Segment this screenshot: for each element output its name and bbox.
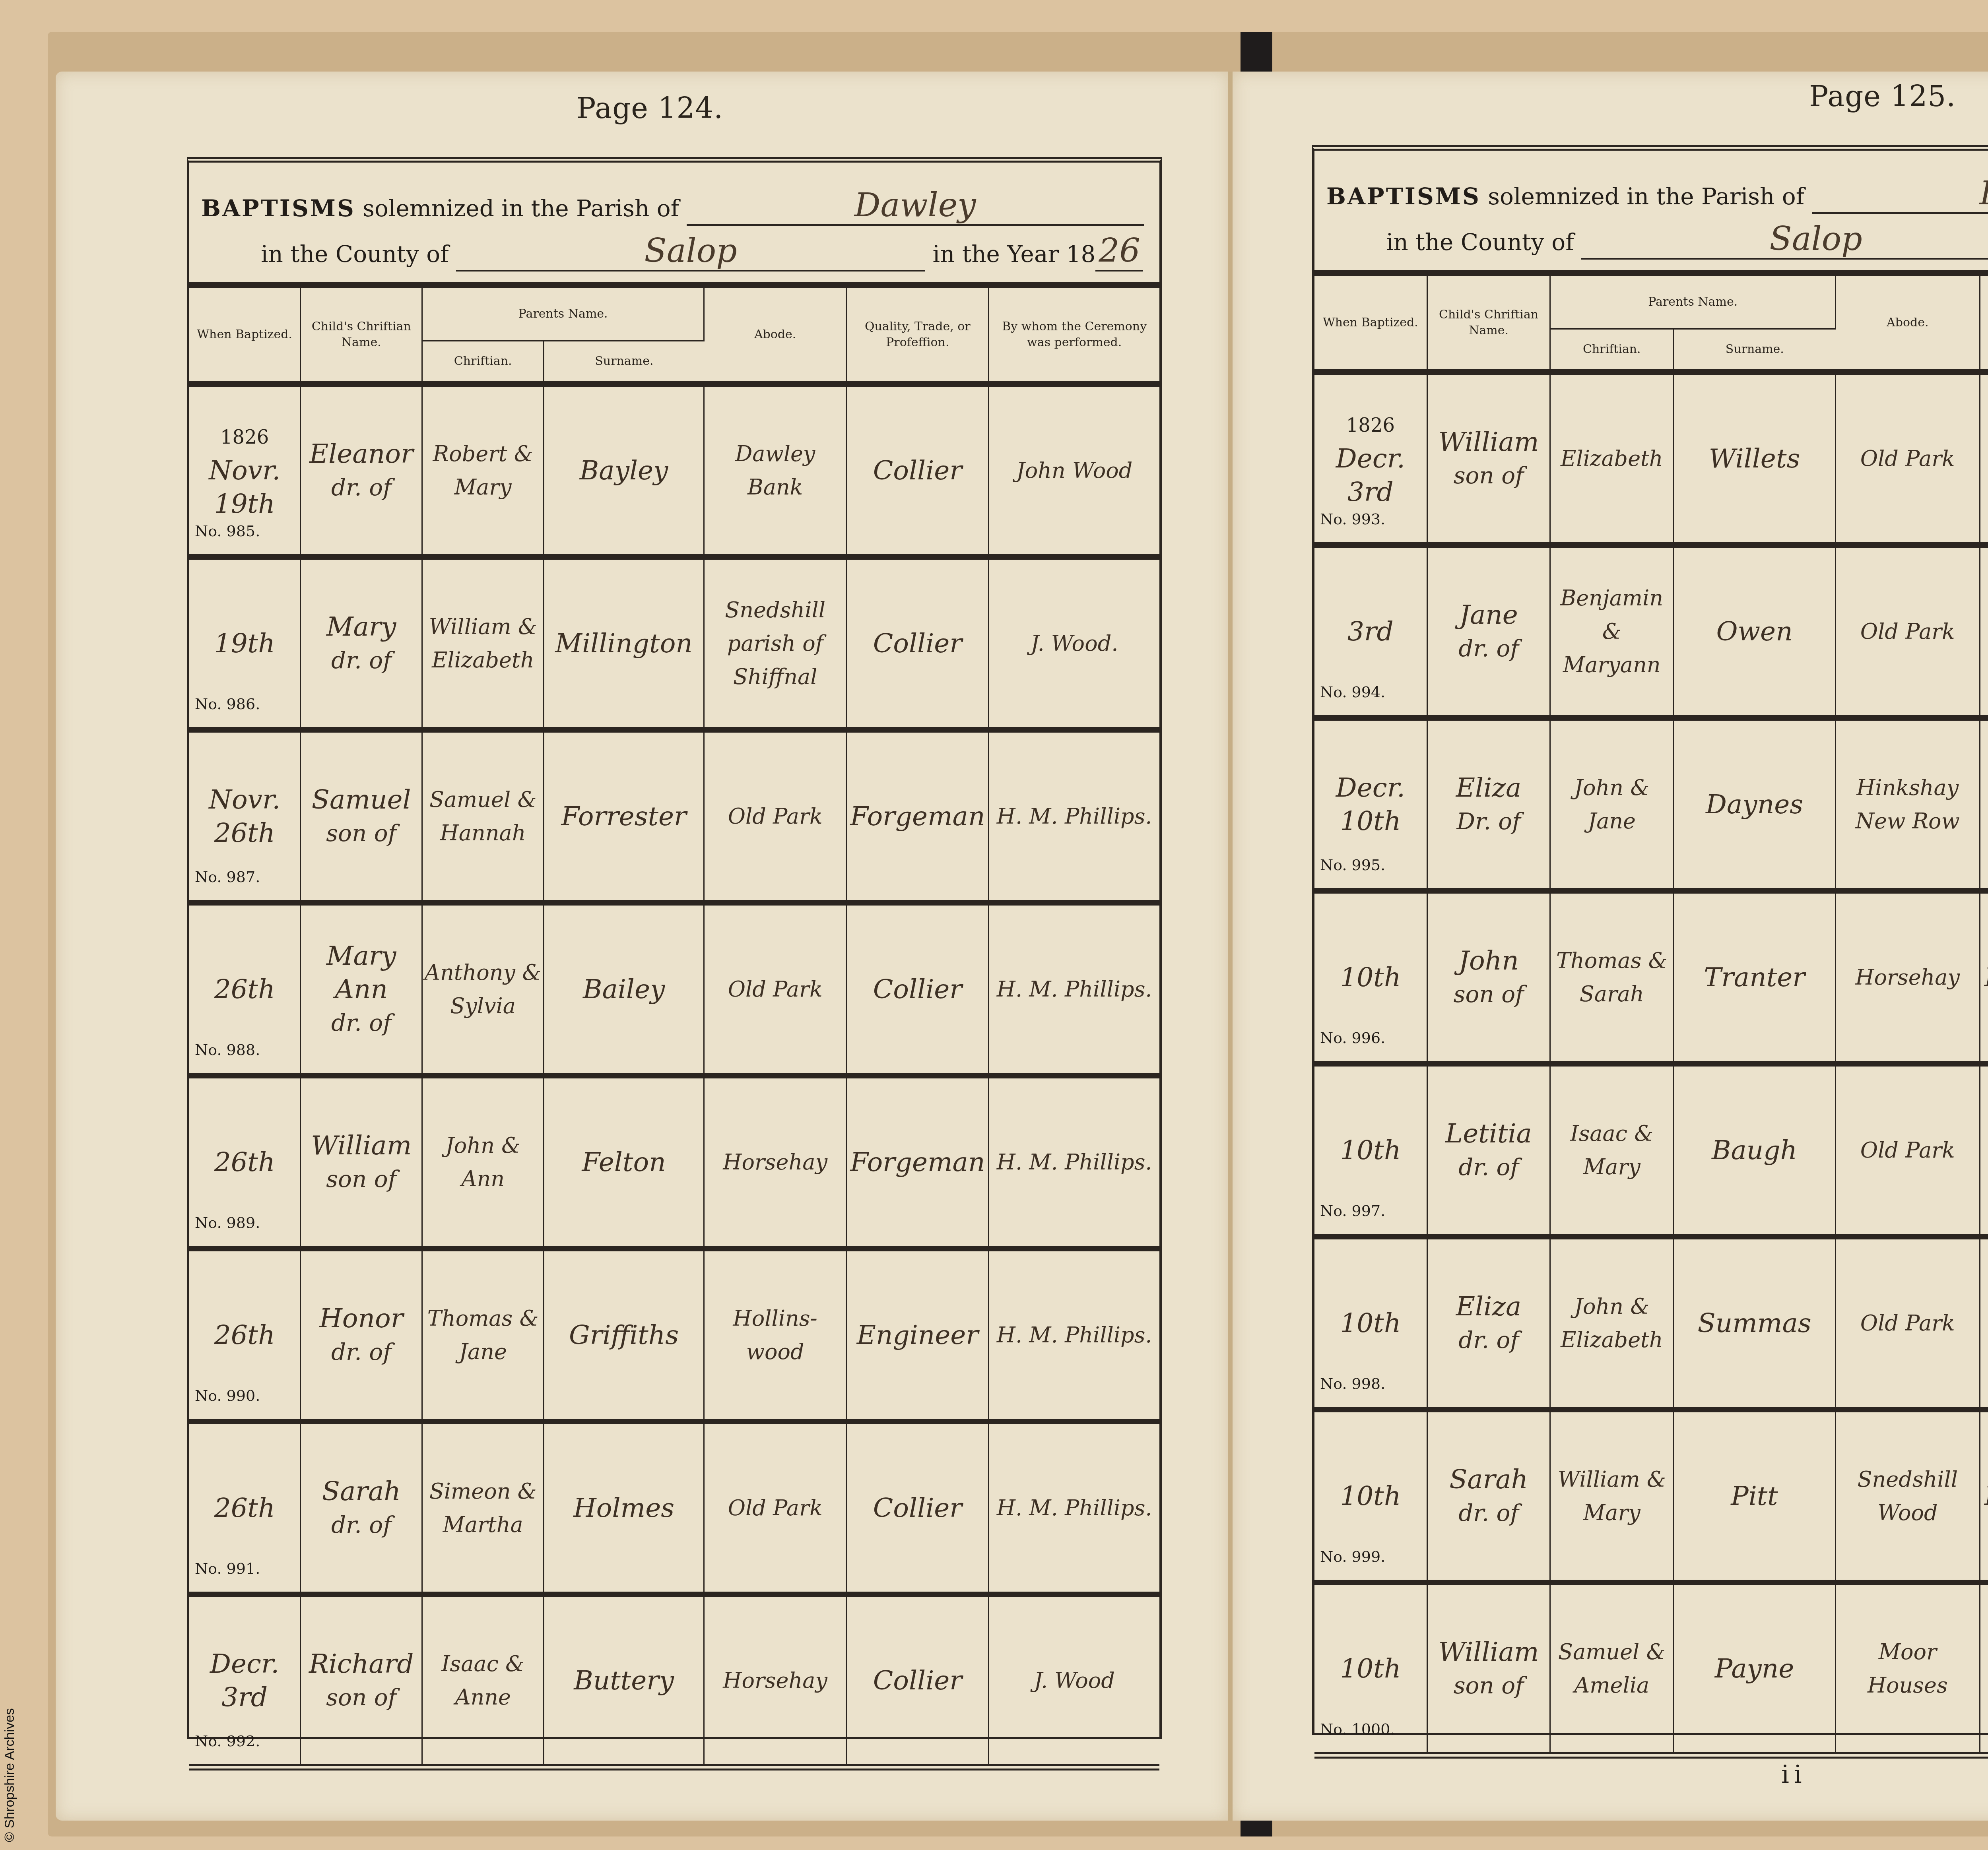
child-name: Eliza xyxy=(1456,1291,1522,1322)
parents-christian: Elizabeth xyxy=(1550,372,1673,545)
heading-baptisms: BAPTISMS xyxy=(1326,183,1481,210)
copyright-credit: © Shropshire Archives xyxy=(3,1564,19,1842)
surname: Bayley xyxy=(544,384,704,557)
entry-number: No. 1000. xyxy=(1320,1712,1395,1746)
entry-number: No. 993. xyxy=(1320,502,1385,536)
entry-number: No. 998. xyxy=(1320,1367,1385,1400)
baptism-date: 26th xyxy=(191,973,298,1006)
col-parents: Parents Name. xyxy=(1550,276,1836,329)
child-name: Sarah xyxy=(1449,1464,1528,1495)
trade: Collier xyxy=(1980,545,1988,718)
parents-christian: Thomas & Jane xyxy=(422,1249,544,1421)
child-name: Mary xyxy=(326,611,396,642)
abode: Horsehay xyxy=(704,1594,846,1767)
parish-field: Dawley xyxy=(1812,175,1988,214)
col-abode: Abode. xyxy=(704,288,846,384)
abode: Old Park xyxy=(704,903,846,1076)
officiant: H. M. Phillips. xyxy=(989,1249,1159,1421)
parents-christian: John & Jane xyxy=(1550,718,1673,891)
child-name: Eliza xyxy=(1456,772,1522,803)
trade: Forgeman xyxy=(846,730,989,903)
surname: Holmes xyxy=(544,1421,704,1594)
folio-signature: ii xyxy=(1781,1760,1807,1789)
trade: Collier xyxy=(846,1421,989,1594)
child-name: Mary Ann xyxy=(326,941,396,1005)
child-name: William xyxy=(1439,427,1539,457)
baptism-register-form: BAPTISMS solemnized in the Parish of Daw… xyxy=(187,157,1162,1739)
parents-christian: Thomas & Sarah xyxy=(1550,891,1673,1064)
col-when: When Baptized. xyxy=(1314,276,1427,372)
table-row: 10thNo. 999.Sarahdr. ofWilliam & MaryPit… xyxy=(1314,1410,1988,1582)
abode: Moor Houses xyxy=(1836,1582,1980,1755)
table-row: 26thNo. 989.Williamson ofJohn & AnnFelto… xyxy=(189,1076,1159,1249)
col-parents-christian: Chriftian. xyxy=(422,341,544,384)
trade: Collier xyxy=(846,1594,989,1767)
surname: Buttery xyxy=(544,1594,704,1767)
entry-number: No. 985. xyxy=(195,514,260,548)
table-row: 26thNo. 991.Sarahdr. ofSimeon & MarthaHo… xyxy=(189,1421,1159,1594)
baptism-date: 10th xyxy=(1316,1134,1425,1167)
col-when: When Baptized. xyxy=(189,288,301,384)
trade: Forgeman xyxy=(1980,891,1988,1064)
surname: Summas xyxy=(1673,1237,1836,1410)
page-124: Page 124. BAPTISMS solemnized in the Par… xyxy=(56,72,1229,1821)
surname: Griffiths xyxy=(544,1249,704,1421)
heading-text: solemnized in the Parish of xyxy=(363,195,679,222)
table-row: 19thNo. 986.Marydr. ofWilliam & Elizabet… xyxy=(189,557,1159,730)
table-row: 10thNo. 996.Johnson ofThomas & SarahTran… xyxy=(1314,891,1988,1064)
col-quality: Quality, Trade, or Profeffion. xyxy=(1980,276,1988,372)
child-name: Richard xyxy=(309,1648,414,1679)
surname: Willets xyxy=(1673,372,1836,545)
open-register-book: Page 124. BAPTISMS solemnized in the Par… xyxy=(48,32,1988,1836)
trade: Collier xyxy=(1980,1582,1988,1755)
trade: Collier xyxy=(1980,1237,1988,1410)
trade: Collier xyxy=(846,384,989,557)
surname: Millington xyxy=(544,557,704,730)
col-abode: Abode. xyxy=(1836,276,1980,372)
table-row: Decr. 10thNo. 995.ElizaDr. ofJohn & Jane… xyxy=(1314,718,1988,891)
abode: Old Park xyxy=(704,730,846,903)
parents-christian: John & Elizabeth xyxy=(1550,1237,1673,1410)
year-field: 26 xyxy=(1095,232,1143,271)
entry-number: No. 994. xyxy=(1320,675,1385,709)
parents-christian: Isaac & Mary xyxy=(1550,1064,1673,1237)
register-heading: BAPTISMS solemnized in the Parish of Daw… xyxy=(189,163,1159,288)
entry-number: No. 995. xyxy=(1320,848,1385,882)
abode: Horsehay xyxy=(1836,891,1980,1064)
abode: Snedshill parish of Shiffnal xyxy=(704,557,846,730)
heading-baptisms: BAPTISMS xyxy=(201,195,355,222)
child-name: William xyxy=(1439,1637,1539,1667)
entry-number: No. 989. xyxy=(195,1206,260,1239)
trade: Engineer xyxy=(846,1249,989,1421)
baptism-date: 10th xyxy=(1316,1307,1425,1340)
county-field: Salop xyxy=(1581,220,1988,260)
parish-field: Dawley xyxy=(687,186,1144,226)
entry-number: No. 996. xyxy=(1320,1021,1385,1055)
col-parents-christian: Chriftian. xyxy=(1550,329,1673,372)
credit-text: © Shropshire Archives xyxy=(2,1708,17,1842)
table-row: 10thNo. 998.Elizadr. ofJohn & ElizabethS… xyxy=(1314,1237,1988,1410)
trade: Forgeman xyxy=(846,1076,989,1249)
parents-christian: John & Ann xyxy=(422,1076,544,1249)
officiant: H. M. Phillips. xyxy=(989,730,1159,903)
parents-christian: William & Mary xyxy=(1550,1410,1673,1582)
baptism-date: Decr. 3rd xyxy=(1316,442,1425,509)
register-heading: BAPTISMS solemnized in the Parish of Daw… xyxy=(1314,151,1988,276)
surname: Felton xyxy=(544,1076,704,1249)
surname: Forrester xyxy=(544,730,704,903)
baptism-date: 19th xyxy=(191,627,298,660)
officiant: John Wood xyxy=(989,384,1159,557)
parents-christian: Anthony & Sylvia xyxy=(422,903,544,1076)
baptism-register-form: BAPTISMS solemnized in the Parish of Daw… xyxy=(1312,145,1988,1735)
abode: Old Park xyxy=(1836,1064,1980,1237)
heading-text: solemnized in the Parish of xyxy=(1488,183,1804,210)
abode: Old Park xyxy=(704,1421,846,1594)
table-row: Decr. 3rdNo. 992.Richardson ofIsaac & An… xyxy=(189,1594,1159,1767)
baptism-date: 26th xyxy=(191,1491,298,1525)
officiant: H. M. Phillips. xyxy=(989,903,1159,1076)
parents-christian: Simeon & Martha xyxy=(422,1421,544,1594)
baptism-date: 10th xyxy=(1316,1652,1425,1685)
child-name: Letitia xyxy=(1445,1118,1532,1149)
col-child: Child's Chriftian Name. xyxy=(301,288,422,384)
table-row: 3rdNo. 994.Janedr. ofBenjamin & MaryannO… xyxy=(1314,545,1988,718)
col-by-whom: By whom the Ceremony was performed. xyxy=(989,288,1159,384)
entry-number: No. 988. xyxy=(195,1033,260,1067)
col-child: Child's Chriftian Name. xyxy=(1427,276,1550,372)
entry-number: No. 992. xyxy=(195,1724,260,1758)
col-parents: Parents Name. xyxy=(422,288,704,341)
col-parents-surname: Surname. xyxy=(544,341,704,384)
table-row: 26thNo. 988.Mary Anndr. ofAnthony & Sylv… xyxy=(189,903,1159,1076)
trade: Labourer xyxy=(1980,718,1988,891)
abode: Horsehay xyxy=(704,1076,846,1249)
abode: Dawley Bank xyxy=(704,384,846,557)
baptism-date: Decr. 10th xyxy=(1316,771,1425,838)
surname: Bailey xyxy=(544,903,704,1076)
child-name: Samuel xyxy=(312,784,411,815)
col-quality: Quality, Trade, or Profeffion. xyxy=(846,288,989,384)
table-row: 10thNo. 997.Letitiadr. ofIsaac & MaryBau… xyxy=(1314,1064,1988,1237)
county-field: Salop xyxy=(456,232,925,271)
parents-christian: Robert & Mary xyxy=(422,384,544,557)
parents-christian: Samuel & Amelia xyxy=(1550,1582,1673,1755)
table-row: Novr. 26thNo. 987.Samuelson ofSamuel & H… xyxy=(189,730,1159,903)
entry-number: No. 990. xyxy=(195,1379,260,1412)
trade: Collier xyxy=(846,903,989,1076)
surname: Payne xyxy=(1673,1582,1836,1755)
table-row: 1826Novr. 19thNo. 985.Eleanordr. ofRober… xyxy=(189,384,1159,557)
abode: Snedshill Wood xyxy=(1836,1410,1980,1582)
parents-christian: Isaac & Anne xyxy=(422,1594,544,1767)
parents-christian: William & Elizabeth xyxy=(422,557,544,730)
entry-number: No. 991. xyxy=(195,1552,260,1585)
officiant: H. M. Phillips. xyxy=(989,1421,1159,1594)
baptism-date: Decr. 3rd xyxy=(191,1647,298,1714)
baptism-date: 10th xyxy=(1316,961,1425,994)
baptism-date: 10th xyxy=(1316,1480,1425,1513)
table-row: 1826Decr. 3rdNo. 993.Williamson ofElizab… xyxy=(1314,372,1988,545)
table-row: 26thNo. 990.Honordr. ofThomas & JaneGrif… xyxy=(189,1249,1159,1421)
abode: Old Park xyxy=(1836,1237,1980,1410)
baptism-date: 26th xyxy=(191,1146,298,1179)
trade: Spinster xyxy=(1980,372,1988,545)
baptism-table: When Baptized. Child's Chriftian Name. P… xyxy=(1314,276,1988,1759)
trade: Collier xyxy=(1980,1064,1988,1237)
child-name: Honor xyxy=(319,1303,403,1334)
baptism-date: 3rd xyxy=(1316,615,1425,648)
entry-number: No. 986. xyxy=(195,687,260,721)
abode: Old Park xyxy=(1836,545,1980,718)
page-125: Page 125. BAPTISMS solemnized in the Par… xyxy=(1233,72,1988,1821)
entry-number: No. 999. xyxy=(1320,1540,1385,1573)
surname: Baugh xyxy=(1673,1064,1836,1237)
child-name: Eleanor xyxy=(309,438,414,469)
trade: Forgeman xyxy=(1980,1410,1988,1582)
baptism-date: Novr. 26th xyxy=(191,783,298,850)
child-name: Sarah xyxy=(322,1476,401,1507)
county-label: in the County of xyxy=(261,240,449,268)
surname: Owen xyxy=(1673,545,1836,718)
officiant: J. Wood. xyxy=(989,557,1159,730)
abode: Hollins-wood xyxy=(704,1249,846,1421)
trade: Collier xyxy=(846,557,989,730)
county-label: in the County of xyxy=(1386,229,1574,256)
child-name: John xyxy=(1459,945,1519,976)
table-row: 10thNo. 1000.Williamson ofSamuel & Ameli… xyxy=(1314,1582,1988,1755)
parents-christian: Samuel & Hannah xyxy=(422,730,544,903)
year-label: in the Year 18 xyxy=(933,240,1096,268)
col-parents-surname: Surname. xyxy=(1673,329,1836,372)
abode: Hinkshay New Row xyxy=(1836,718,1980,891)
officiant: J. Wood xyxy=(989,1594,1159,1767)
surname: Tranter xyxy=(1673,891,1836,1064)
page-number: Page 124. xyxy=(577,91,723,125)
entry-number: No. 997. xyxy=(1320,1194,1385,1228)
entry-number: No. 987. xyxy=(195,860,260,894)
officiant: H. M. Phillips. xyxy=(989,1076,1159,1249)
surname: Daynes xyxy=(1673,718,1836,891)
baptism-date: Novr. 19th xyxy=(191,454,298,521)
baptism-table: When Baptized. Child's Chriftian Name. P… xyxy=(189,288,1159,1770)
surname: Pitt xyxy=(1673,1410,1836,1582)
baptism-date: 26th xyxy=(191,1319,298,1352)
child-name: Jane xyxy=(1459,599,1518,630)
abode: Old Park xyxy=(1836,372,1980,545)
parents-christian: Benjamin & Maryann xyxy=(1550,545,1673,718)
page-number: Page 125. xyxy=(1809,80,1956,113)
child-name: William xyxy=(311,1130,412,1161)
